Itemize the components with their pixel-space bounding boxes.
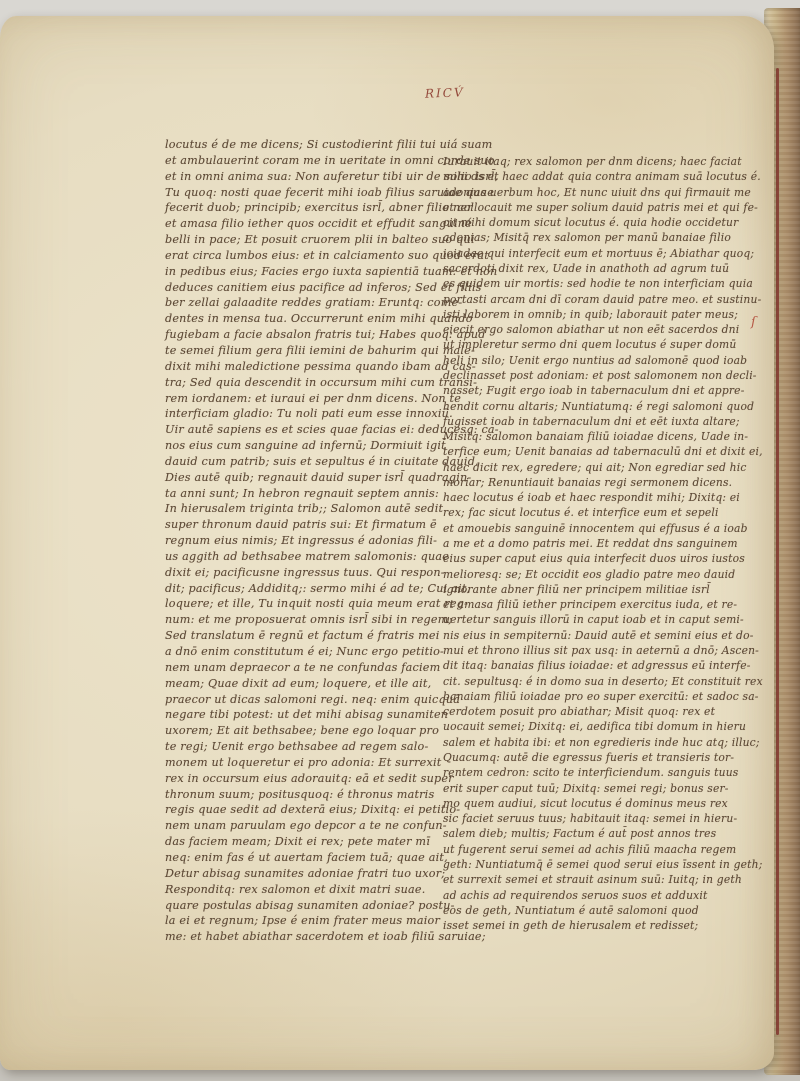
manuscript-line: In hierusalem triginta trib;; Salomon au… — [165, 501, 443, 517]
manuscript-line: terfice eum; Uenit banaias ad tabernacul… — [443, 444, 767, 459]
manuscript-line: banaiam filiū ioiadae pro eo super exerc… — [443, 689, 767, 704]
manuscript-line: haec dicit rex, egredere; qui ait; Non e… — [443, 460, 767, 475]
manuscript-line: num: et me proposuerat omnis isrl̄ sibi … — [165, 612, 443, 628]
manuscript-line: isset semei in geth de hierusalem et red… — [443, 918, 767, 933]
manuscript-line: melioresq: se; Et occidit eos gladio pat… — [443, 567, 767, 582]
manuscript-line: et amouebis sanguinē innocentem qui effu… — [443, 521, 767, 536]
fore-edge-red-line — [776, 68, 779, 1035]
manuscript-line: rem iordanem: et iuraui ei per dnm dicen… — [165, 391, 443, 407]
manuscript-line: mo quem audiui, sicut locutus é dominus … — [443, 796, 767, 811]
manuscript-line: dixit ei; pacificusne ingressus tuus. Qu… — [165, 565, 443, 581]
manuscript-line: Iurauit itaq; rex salomon per dnm dicens… — [443, 154, 767, 169]
manuscript-line: Quacumq: autē die egressus fueris et tra… — [443, 750, 767, 765]
manuscript-line: Sed translatum ē regnū et factum é fratr… — [165, 628, 443, 644]
manuscript-line: hendit cornu altaris; Nuntiatumq: é regi… — [443, 399, 767, 414]
manuscript-line: ut impleretur sermo dni quem locutus é s… — [443, 337, 767, 352]
manuscript-line: Misitq: salomon banaiam filiū ioiadae di… — [443, 429, 767, 444]
manuscript-line: Responditq: rex salomon et dixit matri s… — [165, 882, 443, 898]
manuscript-line: ta anni sunt; In hebron regnauit septem … — [165, 486, 443, 502]
manuscript-line: rex in occursum eius adorauitq: eā et se… — [165, 771, 443, 787]
manuscript-line: te regi; Uenit ergo bethsabee ad regem s… — [165, 739, 443, 755]
manuscript-line: dixit mihi maledictione pessima quando i… — [165, 359, 443, 375]
manuscript-line: dit itaq: banaias filius ioiadae: et adg… — [443, 658, 767, 673]
manuscript-line: a dnō enim constitutum é ei; Nunc ergo p… — [165, 644, 443, 660]
manuscript-line: dentes in mensa tua. Occurrerunt enim mi… — [165, 311, 443, 327]
manuscript-line: neq: enim fas é ut auertam faciem tuā; q… — [165, 850, 443, 866]
manuscript-line: rentem cedron: scito te interficiendum. … — [443, 765, 767, 780]
manuscript-line: thronum suum; positusquoq: é thronus mat… — [165, 787, 443, 803]
manuscript-line: mui et throno illius sit pax usq: in aet… — [443, 643, 767, 658]
manuscript-line: et amasa filiū iether principem exercitu… — [443, 597, 767, 612]
manuscript-line: nos eius cum sanguine ad infernū; Dormiu… — [165, 438, 443, 454]
manuscript-line: nem unam paruulam ego depcor a te ne con… — [165, 818, 443, 834]
manuscript-line: nasset; Fugit ergo ioab in tabernaculum … — [443, 383, 767, 398]
manuscript-line: es quidem uir mortis: sed hodie te non i… — [443, 276, 767, 291]
manuscript-line: mihi ds et haec addat quia contra animam… — [443, 169, 767, 184]
manuscript-line: te semei filium gera filii iemini de bah… — [165, 343, 443, 359]
manuscript-line: fecerit duob; principib; exercitus isrl̄… — [165, 200, 443, 216]
manuscript-line: regis quae sedit ad dexterā eius; Dixitq… — [165, 802, 443, 818]
manuscript-line: nis eius in sempiternū: Dauid autē et se… — [443, 628, 767, 643]
manuscript-line: eiecit ergo salomon abiathar ut non eēt … — [443, 322, 767, 337]
manuscript-line: dauid cum patrib; suis et sepultus é in … — [165, 454, 443, 470]
manuscript-line: us aggith ad bethsabee matrem salomonis:… — [165, 549, 443, 565]
manuscript-line: tra; Sed quia descendit in occursum mihi… — [165, 375, 443, 391]
manuscript-line: erit super caput tuū; Dixitq: semei regi… — [443, 781, 767, 796]
manuscript-line: loquere; et ille, Tu inquit nosti quia m… — [165, 596, 443, 612]
manuscript-line: fugisset ioab in tabernaculum dni et eēt… — [443, 414, 767, 429]
manuscript-line: nem unam depraecor a te ne confundas fac… — [165, 660, 443, 676]
manuscript-line: moriar; Renuntiauit banaias regi sermone… — [443, 475, 767, 490]
manuscript-line: isti laborem in omnib; in quib; laboraui… — [443, 307, 767, 322]
manuscript-line: haec locutus é ioab et haec respondit mi… — [443, 490, 767, 505]
manuscript-line: praecor ut dicas salomoni regi. neq: eni… — [165, 692, 443, 708]
manuscript-line: interficiam gladio: Tu noli pati eum ess… — [165, 406, 443, 422]
manuscript-line: et surrexit semei et strauit asinum suū:… — [443, 872, 767, 887]
manuscript-line: et ambulauerint coram me in ueritate in … — [165, 153, 443, 169]
manuscript-line: ioiadae qui interfecit eum et mortuus ē;… — [443, 246, 767, 261]
manuscript-line: me: et habet abiathar sacerdotem et ioab… — [165, 929, 443, 945]
manuscript-line: salem et habita ibi: et non egredieris i… — [443, 735, 767, 750]
manuscript-line: geth: Nuntiatumq̄ ē semei quod serui eiu… — [443, 857, 767, 872]
manuscript-line: Detur abisag sunamites adoniae fratri tu… — [165, 866, 443, 882]
manuscript-line: Uir autē sapiens es et scies quae facias… — [165, 422, 443, 438]
manuscript-line: eius super caput eius quia interfecit du… — [443, 551, 767, 566]
manuscript-line: et collocauit me super solium dauid patr… — [443, 200, 767, 215]
manuscript-line: salem dieb; multis; Factum é aut̄ post a… — [443, 826, 767, 841]
manuscript-line: deduces canitiem eius pacifice ad infero… — [165, 280, 443, 296]
manuscript-line: la ei et regnum; Ipse é enim frater meus… — [165, 913, 443, 929]
manuscript-line: rex; fac sicut locutus é. et interfice e… — [443, 505, 767, 520]
manuscript-line: das faciem meam; Dixit ei rex; pete mate… — [165, 834, 443, 850]
manuscript-line: erat circa lumbos eius: et in calciament… — [165, 248, 443, 264]
manuscript-line: ignorante abner filiū ner principem mili… — [443, 582, 767, 597]
manuscript-line: sacerdoti dixit rex, Uade in anathoth ad… — [443, 261, 767, 276]
text-column-left: locutus é de me dicens; Si custodierint … — [165, 137, 443, 945]
manuscript-line: monem ut loqueretur ei pro adonia: Et su… — [165, 755, 443, 771]
manuscript-line: super thronum dauid patris sui: Et firma… — [165, 517, 443, 533]
quire-mark: RICV́ — [425, 85, 465, 100]
manuscript-line: ad achis ad requirendos seruos suos et a… — [443, 888, 767, 903]
manuscript-line: meam; Quae dixit ad eum; loquere, et ill… — [165, 676, 443, 692]
manuscript-line: dit; pacificus; Addiditq;: sermo mihi é … — [165, 581, 443, 597]
manuscript-line: sic faciet seruus tuus; habitauit itaq: … — [443, 811, 767, 826]
manuscript-page: RICV́ ſ locutus é de me dicens; Si custo… — [0, 16, 774, 1070]
manuscript-line: negare tibi potest: ut det mihi abisag s… — [165, 707, 443, 723]
manuscript-line: Tu quoq: nosti quae fecerit mihi ioab fi… — [165, 185, 443, 201]
manuscript-line: quare postulas abisag sunamiten adoniae?… — [165, 898, 443, 914]
manuscript-line: uxorem; Et ait bethsabee; bene ego loqua… — [165, 723, 443, 739]
manuscript-line: eos de geth, Nuntiatum é autē salomoni q… — [443, 903, 767, 918]
text-column-right: Iurauit itaq; rex salomon per dnm dicens… — [443, 154, 767, 933]
manuscript-line: locutus é de me dicens; Si custodierint … — [165, 137, 443, 153]
manuscript-line: in pedibus eius; Facies ergo iuxta sapie… — [165, 264, 443, 280]
manuscript-line: et in omni anima sua: Non auferetur tibi… — [165, 169, 443, 185]
manuscript-line: declinasset post adoniam: et post salomo… — [443, 368, 767, 383]
manuscript-line: ut fugerent serui semei ad achis filiū m… — [443, 842, 767, 857]
manuscript-line: cit mihi domum sicut locutus é. quia hod… — [443, 215, 767, 230]
manuscript-line: a me et a domo patris mei. Et reddat dns… — [443, 536, 767, 551]
manuscript-line: adonias uerbum hoc, Et nunc uiuit dns qu… — [443, 185, 767, 200]
manuscript-line: belli in pace; Et posuit cruorem plii in… — [165, 232, 443, 248]
manuscript-line: et amasa filio iether quos occidit et ef… — [165, 216, 443, 232]
manuscript-line: uocauit semei; Dixitq: ei, aedifica tibi… — [443, 719, 767, 734]
manuscript-line: ber zellai galaadite reddes gratiam: Eru… — [165, 295, 443, 311]
manuscript-line: heli in silo; Uenit ergo nuntius ad salo… — [443, 353, 767, 368]
manuscript-line: Dies autē quib; regnauit dauid super isr… — [165, 470, 443, 486]
manuscript-photo: RICV́ ſ locutus é de me dicens; Si custo… — [0, 0, 800, 1081]
manuscript-line: fugiebam a facie absalon fratris tui; Ha… — [165, 327, 443, 343]
manuscript-line: adonias; Misitq̄ rex salomon per manū ba… — [443, 230, 767, 245]
manuscript-line: cerdotem posuit pro abiathar; Misit quoq… — [443, 704, 767, 719]
manuscript-line: regnum eius nimis; Et ingressus é adonia… — [165, 533, 443, 549]
manuscript-line: uertetur sanguis illorū in caput ioab et… — [443, 612, 767, 627]
manuscript-line: cit. sepultusq: é in domo sua in deserto… — [443, 674, 767, 689]
manuscript-line: portasti arcam dni dī coram dauid patre … — [443, 292, 767, 307]
